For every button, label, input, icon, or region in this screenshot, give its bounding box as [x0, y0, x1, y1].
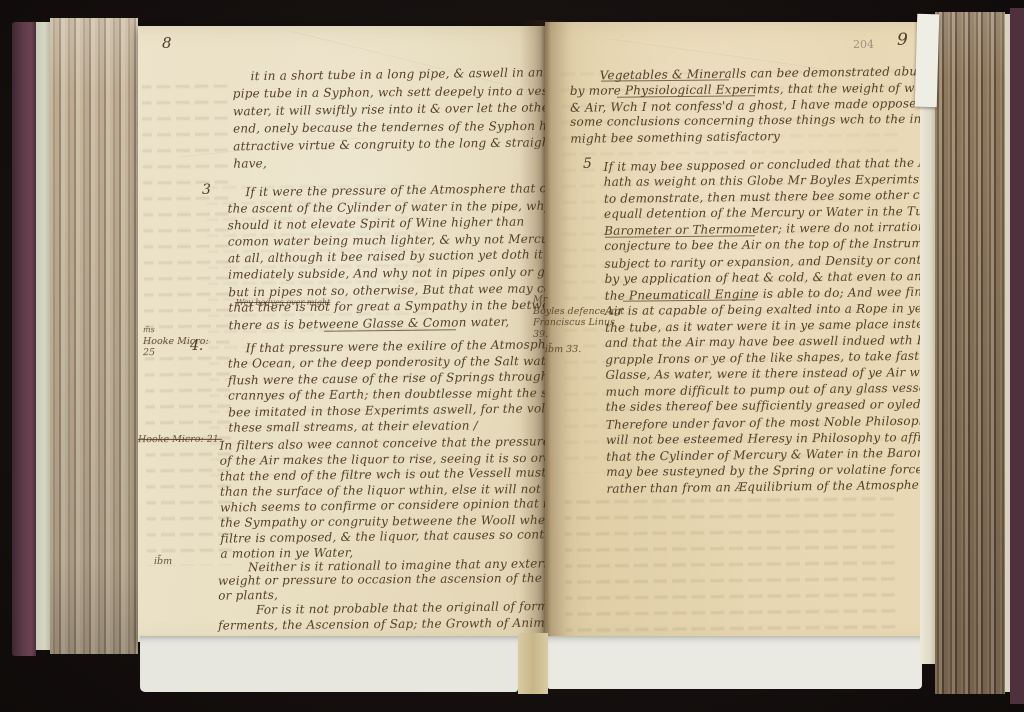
left-page-stack-edge — [50, 18, 138, 654]
book-cover-left-edge — [12, 22, 36, 656]
right-guard-page-edge — [920, 16, 935, 664]
mounting-leaf-gutter — [518, 633, 548, 694]
margin-citation-boyle-defence: MrBoyles defence agtFranciscus Linus39.i… — [533, 294, 624, 356]
bleed-through-text — [141, 76, 232, 567]
manuscript-line: Boyles defence agt — [533, 306, 624, 318]
right-manuscript-page: 204 9 Vegetables & Mineralls can bee dem… — [545, 22, 922, 644]
manuscript-line: ib̃m 33. — [533, 344, 624, 356]
manuscript-paragraph: For is it not probable that the original… — [218, 598, 570, 633]
manuscript-photo: 8 it in a short tube in a long pipe, & a… — [0, 0, 1024, 712]
pencil-folio-number: 204 — [853, 38, 874, 51]
margin-citation-struck: Hooke Micro: 21. — [138, 434, 222, 446]
manuscript-paragraph: it in a short tube in a long pipe, & asw… — [233, 64, 598, 172]
paragraph-number: 3 — [202, 182, 211, 198]
mounting-leaf-right — [548, 636, 922, 689]
margin-citation-ibidem: ib̃m — [154, 556, 172, 568]
interline-correction: Wey bodyes over might — [236, 298, 330, 307]
left-page-number: 8 — [162, 34, 172, 52]
paragraph-number: 4. — [190, 338, 203, 354]
mounting-leaf-left — [140, 636, 518, 692]
right-page-number: 9 — [897, 30, 908, 50]
left-endpaper-edge — [36, 22, 50, 650]
manuscript-line: Mr — [533, 294, 624, 306]
manuscript-line: Hooke Micro: 21. — [138, 434, 222, 446]
manuscript-line: 39. — [533, 329, 624, 341]
left-manuscript-page: 8 it in a short tube in a long pipe, & a… — [138, 26, 548, 642]
right-page-stack-edge — [935, 12, 1005, 694]
book-cover-right-edge — [1010, 8, 1024, 704]
manuscript-line: m̃s — [143, 324, 209, 336]
bookmark-strip — [915, 14, 940, 108]
page-crease — [606, 37, 824, 70]
manuscript-line: ib̃m — [154, 556, 172, 568]
bleed-through-text — [564, 488, 896, 641]
paragraph-number: 5 — [583, 156, 592, 172]
manuscript-line: Franciscus Linus — [533, 317, 624, 329]
